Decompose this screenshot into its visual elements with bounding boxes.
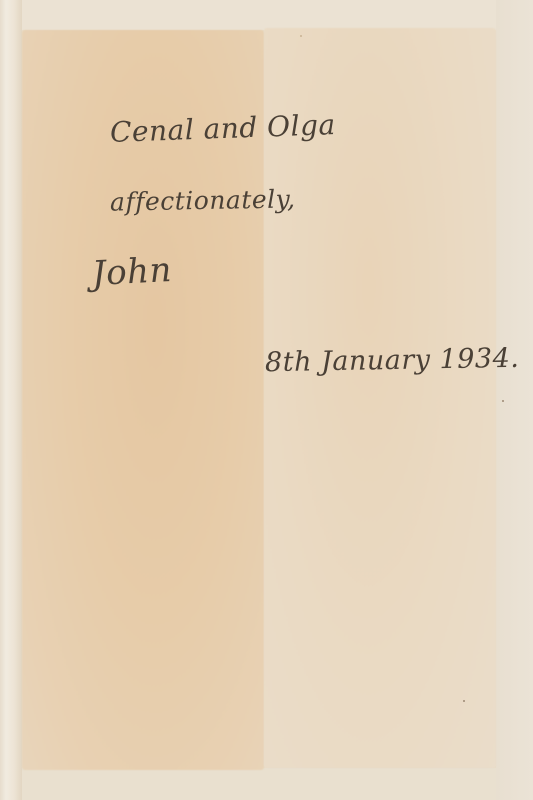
- inscription-date: 8th January 1934.: [265, 343, 520, 378]
- spine-strip: [0, 0, 22, 800]
- bottom-margin: [22, 768, 496, 800]
- inscription-closing: affectionately,: [110, 184, 296, 216]
- paper-speck: [502, 400, 504, 402]
- paper-speck: [463, 700, 465, 702]
- book-endpaper: Cenal and Olga affectionately, John 8th …: [0, 0, 533, 800]
- inscription-signature: John: [91, 250, 173, 294]
- top-margin: [22, 0, 496, 30]
- paper-speck: [300, 35, 302, 37]
